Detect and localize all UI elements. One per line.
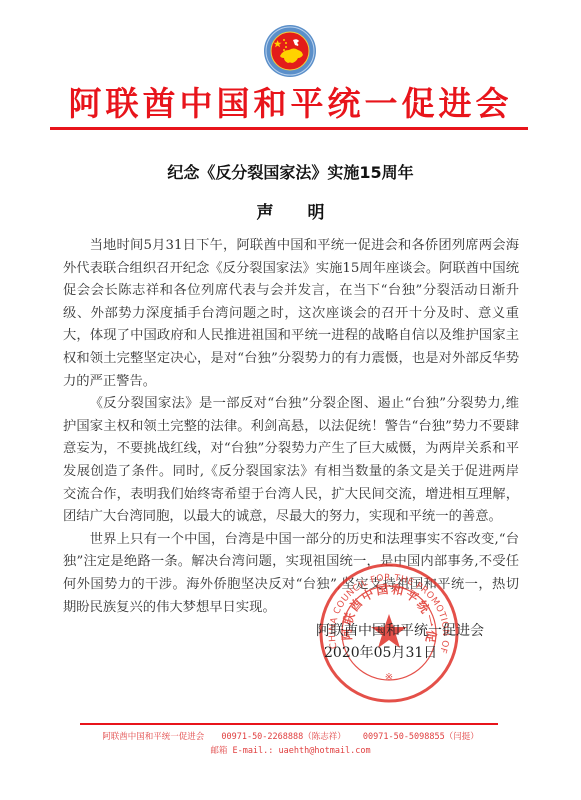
paragraph-1: 当地时间5月31日下午，阿联酋中国和平统一促进会和各侨团列席两会海外代表联合组织…: [63, 235, 519, 393]
paragraph-2: 《反分裂国家法》是一部反对“台独”分裂企图、遏止“台独”分裂势力,维护国家主权和…: [63, 393, 519, 529]
footer-phone-2: 00971-50-5098855（闫挺）: [363, 732, 479, 742]
document-subtitle: 声 明: [0, 198, 581, 223]
header-divider: [50, 127, 528, 130]
footer-phone-1: 00971-50-2268888（陈志祥）: [221, 732, 345, 742]
footer-email[interactable]: uaehth@hotmail.com: [279, 746, 371, 756]
footer-email-label: 邮箱 E-mail.:: [210, 746, 273, 756]
footer-divider: [80, 723, 498, 725]
svg-text:※: ※: [385, 672, 393, 683]
signature-org: 阿联酋中国和平统一促进会: [316, 620, 496, 642]
signature-block: 阿联酋中国和平统一促进会 2020年05月31日: [316, 620, 496, 664]
association-emblem-icon: [263, 24, 317, 78]
footer: 阿联酋中国和平统一促进会 00971-50-2268888（陈志祥） 00971…: [0, 730, 581, 758]
signature-date: 2020年05月31日: [316, 642, 496, 664]
org-title: 阿联酋中国和平统一促进会: [0, 84, 581, 124]
footer-org: 阿联酋中国和平统一促进会: [102, 732, 204, 742]
document-title: 纪念《反分裂国家法》实施15周年: [0, 160, 581, 183]
